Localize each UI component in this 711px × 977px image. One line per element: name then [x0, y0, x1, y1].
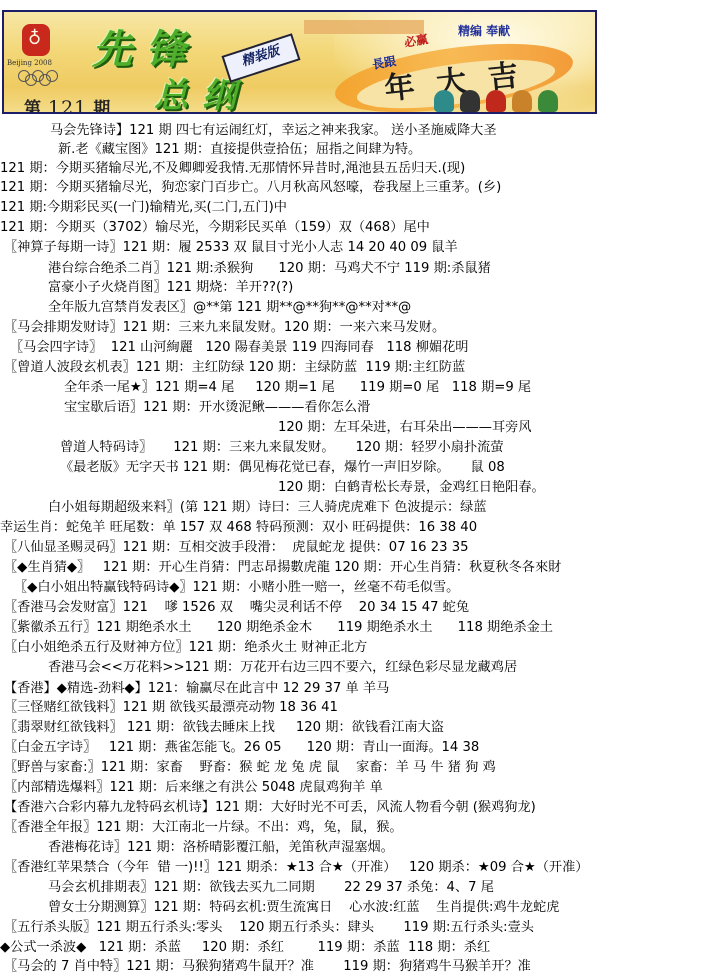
text-line: 〖曾道人波段玄机表〗121 期：主红防绿 120 期：主绿防蓝 119 期:主红…	[4, 358, 465, 377]
text-line: 港台综合绝杀二肖〗121 期:杀猴狗 120 期：马鸡犬不宁 119 期:杀鼠猪	[48, 259, 491, 278]
text-line: 曾女士分期测算〗121 期：特码玄机:贾生流寓日 心水波:红蓝 生肖提供:鸡牛龙…	[48, 898, 559, 917]
text-line: ◆公式一杀波◆ 121 期：杀蓝 120 期：杀红 119 期：杀蓝 118 期…	[0, 938, 490, 957]
text-line: 幸运生肖：蛇兔羊 旺尾数：单 157 双 468 特码预测：双小 旺码提供：16…	[0, 518, 477, 537]
text-line: 〖三怪赌红欲钱料〗121 期 欲钱买最漂亮动物 18 36 41	[4, 698, 338, 717]
text-line: 香港梅花诗〗121 期：洛桥晴影覆江船，羌笛秋声湿塞烟。	[48, 838, 394, 857]
text-line: 曾道人特码诗〗 121 期：三来九来鼠发财。 120 期：轻罗小扇扑流萤	[60, 438, 504, 457]
text-line: 121 期：今期买猪输尽光，狗恋家门百步亡。八月秋高风怒嚎，卷我屋上三重茅。(乡…	[0, 178, 501, 197]
text-line: 新.老《藏宝图》121 期：直接提供壹拾伍；屈指之间肆为特。	[58, 140, 421, 159]
edition-badge: 精装版	[221, 33, 300, 82]
mascot-icon	[512, 90, 532, 112]
text-line: 白小姐每期超级来料〗(第 121 期）诗曰：三人骑虎虎难下 色波提示：绿蓝	[48, 498, 487, 517]
mascot-icon	[434, 90, 454, 112]
tag-offer: 精编 奉献	[458, 22, 510, 39]
text-line: 香港马会<<万花料>>121 期：万花开右边三四不要六，红绿色彩尽显龙藏鸡居	[48, 658, 517, 677]
banner-title-bottom: 总纲	[154, 78, 250, 114]
text-line: 〖野兽与家畜:〗121 期：家畜 野畜：猴 蛇 龙 兔 虎 鼠 家畜：羊 马 牛…	[4, 758, 496, 777]
text-line: 马会玄机排期表〗121 期：欲钱去买九二同期 22 29 37 杀兔：4、7 尾	[48, 878, 494, 897]
issue-label: 第121期	[24, 94, 111, 114]
text-line: 〖五行杀头版〗121 期五行杀头:零头 120 期五行杀头：肆头 119 期:五…	[4, 918, 534, 937]
text-line: 〖香港红苹果禁合（今年 错 一)!!〗121 期杀：★13 合★（开准） 120…	[4, 858, 588, 877]
text-line: 《最老版》无字天书 121 期：偶见梅花觉已春，爆竹一声旧岁除。 鼠 08	[60, 458, 505, 477]
text-line: 121 期：今期买猪输尽光,不及卿卿爱我情.无那情怀异昔时,渑池县五岳归天.(现…	[0, 159, 465, 178]
text-line: 宝宝歇后语〗121 期：开水烫泥鳅———看你怎么滑	[64, 398, 370, 417]
mascot-icon	[460, 90, 480, 112]
text-line: 〖马会排期发财诗〗121 期：三来九来鼠发财。120 期：一来六来马发财。	[4, 318, 445, 337]
text-line: 〖白小姐绝杀五行及财神方位〗121 期：绝杀火土 财神正北方	[4, 638, 367, 657]
text-line: 马会先锋诗】121 期 四七有运闹红灯，幸运之神来我家。 送小圣施威降大圣	[50, 121, 497, 140]
text-line: 121 期:今期彩民买(一门)输精光,买(二门,五门)中	[0, 198, 287, 217]
logo-caption: Beijing 2008	[7, 59, 52, 67]
mascots-group	[434, 90, 558, 112]
text-line: 120 期：白鹤青松长寿景，金鸡红日艳阳春。	[278, 478, 545, 497]
text-line: 〖◆白小姐出特赢钱特码诗◆〗121 期：小赌小胜一赔一，丝毫不苟毛似雪。	[14, 578, 459, 597]
text-line: 〖神算子每期一诗〗121 期：履 2533 双 鼠目寸光小人志 14 20 40…	[4, 238, 458, 257]
text-line: 〖八仙显圣赐灵码〗121 期：互相交波手段滑： 虎鼠蛇龙 提供：07 16 23…	[4, 538, 469, 557]
text-line: 〖香港全年报〗121 期：大江南北一片绿。不出：鸡，兔，鼠，猴。	[4, 818, 403, 837]
text-line: 全年杀一尾★〗121 期=4 尾 120 期=1 尾 119 期=0 尾 118…	[64, 378, 531, 397]
text-line: 【香港六合彩内幕九龙特码玄机诗】121 期：大好时光不可丢，风流人物看今朝 (猴…	[4, 798, 536, 817]
banner-orange-band	[304, 20, 424, 34]
mascot-icon	[486, 90, 506, 112]
text-line: 富豪小子火烧肖图〗121 期烧：羊开??(?)	[48, 278, 293, 297]
mascot-icon	[538, 90, 558, 112]
text-line: 〖翡翠财红欲钱料〗 121 期：欲钱去睡床上找 120 期：欲钱看江南大盗	[4, 718, 444, 737]
text-line: 【香港】◆精选-劲料◆】121：输赢尽在此言中 12 29 37 单 羊马	[4, 679, 389, 698]
olympic-emblem-icon: ♁	[22, 24, 50, 56]
text-line: 〖白金五字诗〗 121 期：燕雀怎能飞。26 05 120 期：青山一面海。14…	[4, 738, 479, 757]
header-banner: ♁ Beijing 2008 先锋 总纲 精装版 必赢 精编 奉献 長跟 年大吉…	[2, 10, 597, 114]
text-line: 〖马会四字诗〗 121 山河絢麗 120 陽春美景 119 四海同春 118 柳…	[10, 338, 469, 357]
text-line: 〖◆生肖猜◆〗 121 期：开心生肖猜：門志昂揚數虎龍 120 期：开心生肖猜：…	[4, 558, 561, 577]
text-line: 121 期：今期买（3702）输尽光，今期彩民买单（159）双（468）尾中	[0, 218, 430, 237]
text-line: 全年版九宫禁肖发表区〗@**第 121 期**@**狗**@**对**@	[48, 298, 411, 317]
text-line: 〖香港马会发财富〗121 嗲 1526 双 嘴尖灵利话不停 20 34 15 4…	[4, 598, 469, 617]
text-line: 〖紫徽杀五行〗121 期绝杀水土 120 期绝杀金木 119 期绝杀水土 118…	[4, 618, 553, 637]
text-line: 120 期：左耳朵进，右耳朵出———耳旁风	[278, 418, 532, 437]
olympic-rings-icon	[18, 70, 58, 84]
text-line: 〖内部精选爆料〗121 期：后来继之有洪公 5048 虎鼠鸡狗羊 单	[4, 778, 383, 797]
text-line: 〖马会的 7 肖中特〗121 期：马猴狗猪鸡牛鼠开？准 119 期：狗猪鸡牛马猴…	[4, 957, 531, 976]
issue-number: 121	[48, 97, 87, 114]
banner-title-top: 先锋	[92, 30, 200, 70]
